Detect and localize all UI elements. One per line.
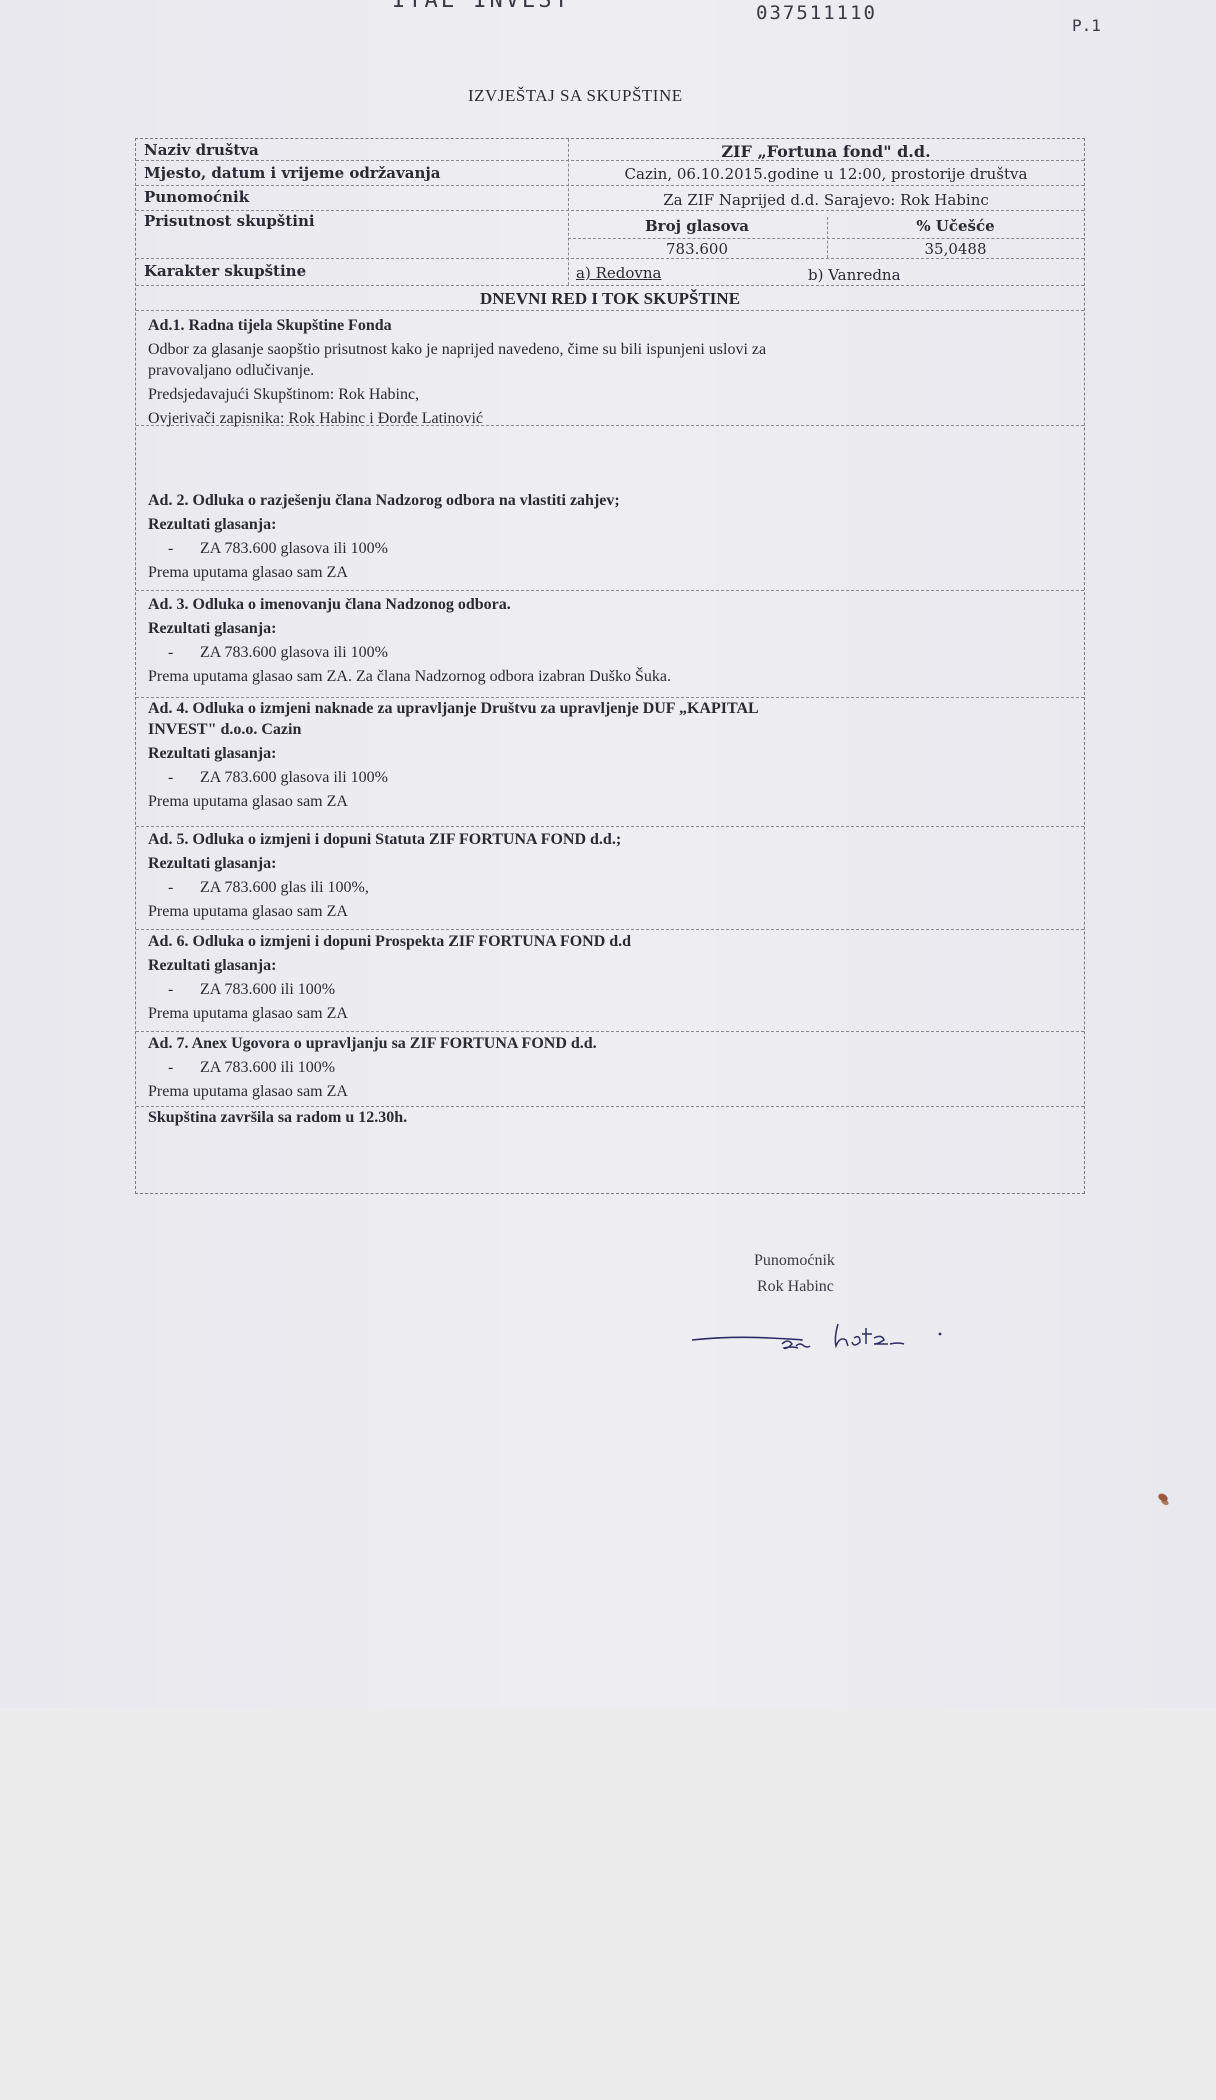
row-attendance: Prisutnost skupštini Broj glasova % Učeš… — [136, 211, 1084, 259]
paper-stain — [1157, 1492, 1169, 1503]
agenda-item-3: Ad. 3. Odluka o imenovanju člana Nadzono… — [136, 590, 1084, 698]
agenda-item-title: Ad.1. Radna tijela Skupštine Fonda — [136, 315, 1084, 336]
bullet-icon: - — [168, 1057, 200, 1078]
results-label: Rezultati glasanja: — [136, 743, 1084, 764]
attendance-column-divider — [827, 217, 828, 258]
place-value: Cazin, 06.10.2015.godine u 12:00, prosto… — [568, 165, 1084, 183]
agenda-item-title: Ad. 2. Odluka o razješenju člana Nadzoro… — [136, 490, 1084, 511]
agenda-item-text: Ovjerivači zapisnika: Rok Habinc i Đorđe… — [136, 408, 1084, 429]
results-label: Rezultati glasanja: — [136, 514, 1084, 535]
attendance-subdivider — [568, 238, 1084, 239]
bullet-icon: - — [168, 538, 200, 559]
agenda-item-text: Odbor za glasanje saopštio prisutnost ka… — [136, 339, 1084, 360]
closing-text: Skupština završila sa radom u 12.30h. — [136, 1107, 1084, 1128]
closing-section: Skupština završila sa radom u 12.30h. — [136, 1104, 1084, 1196]
bullet-icon: - — [168, 767, 200, 788]
agenda-item-title: Ad. 7. Anex Ugovora o upravljanju sa ZIF… — [136, 1033, 1084, 1054]
row-assembly-type: Karakter skupštine a) Redovna b) Vanredn… — [136, 259, 1084, 286]
vote-note: Prema uputama glasao sam ZA — [136, 562, 1084, 583]
assembly-type-option-b: b) Vanredna — [808, 266, 901, 284]
agenda-item-title: Ad. 3. Odluka o imenovanju člana Nadzono… — [136, 594, 1084, 615]
results-label: Rezultati glasanja: — [136, 618, 1084, 639]
votes-value: 783.600 — [568, 240, 826, 258]
assembly-type-option-a: a) Redovna — [576, 264, 661, 282]
handwritten-signature-icon — [690, 1318, 950, 1358]
bullet-icon: - — [168, 979, 200, 1000]
results-label: Rezultati glasanja: — [136, 955, 1084, 976]
agenda-heading-row: DNEVNI RED I TOK SKUPŠTINE — [136, 286, 1084, 311]
scanned-page: ITAL INVEST 037511110 P.1 IZVJEŠTAJ SA S… — [0, 0, 1216, 1708]
row-proxy: Punomoćnik Za ZIF Naprijed d.d. Sarajevo… — [136, 186, 1084, 211]
row-company: Naziv društva ZIF „Fortuna fond" d.d. — [136, 139, 1084, 161]
bullet-icon: - — [168, 877, 200, 898]
agenda-item-4: Ad. 4. Odluka o izmjeni naknade za uprav… — [136, 695, 1084, 827]
results-label: Rezultati glasanja: — [136, 853, 1084, 874]
vote-result: -ZA 783.600 ili 100% — [136, 979, 1084, 1000]
signature-name: Rok Habinc — [757, 1278, 834, 1296]
share-header: % Učešće — [827, 217, 1084, 235]
vote-result: -ZA 783.600 glasova ili 100% — [136, 642, 1084, 663]
vote-note: Prema uputama glasao sam ZA. Za člana Na… — [136, 666, 1084, 687]
attendance-label: Prisutnost skupštini — [144, 212, 315, 230]
vote-result: -ZA 783.600 glas ili 100%, — [136, 877, 1084, 898]
fax-sender-fragment: ITAL INVEST — [392, 0, 571, 13]
vote-note: Prema uputama glasao sam ZA — [136, 1081, 1084, 1102]
agenda-item-5: Ad. 5. Odluka o izmjeni i dopuni Statuta… — [136, 825, 1084, 930]
vote-note: Prema uputama glasao sam ZA — [136, 901, 1084, 922]
agenda-item-6: Ad. 6. Odluka o izmjeni i dopuni Prospek… — [136, 927, 1084, 1032]
document-title: IZVJEŠTAJ SA SKUPŠTINE — [468, 86, 683, 106]
agenda-item-2: Ad. 2. Odluka o razješenju člana Nadzoro… — [136, 488, 1084, 591]
proxy-label: Punomoćnik — [144, 188, 249, 206]
vote-note: Prema uputama glasao sam ZA — [136, 1003, 1084, 1024]
proxy-value: Za ZIF Naprijed d.d. Sarajevo: Rok Habin… — [568, 191, 1084, 209]
agenda-item-title: Ad. 4. Odluka o izmjeni naknade za uprav… — [136, 698, 1084, 719]
votes-header: Broj glasova — [568, 217, 826, 235]
agenda-item-text: Predsjedavajući Skupštinom: Rok Habinc, — [136, 384, 1084, 405]
share-value: 35,0488 — [827, 240, 1084, 258]
info-column-divider — [568, 139, 569, 285]
company-value: ZIF „Fortuna fond" d.d. — [568, 142, 1084, 161]
company-label: Naziv društva — [144, 141, 259, 159]
page-number: P.1 — [1072, 16, 1101, 35]
bullet-icon: - — [168, 642, 200, 663]
row-place: Mjesto, datum i vrijeme održavanja Cazin… — [136, 161, 1084, 186]
agenda-item-title: Ad. 6. Odluka o izmjeni i dopuni Prospek… — [136, 931, 1084, 952]
agenda-item-7: Ad. 7. Anex Ugovora o upravljanju sa ZIF… — [136, 1029, 1084, 1107]
fax-number: 037511110 — [756, 2, 877, 24]
vote-note: Prema uputama glasao sam ZA — [136, 791, 1084, 812]
agenda-heading: DNEVNI RED I TOK SKUPŠTINE — [136, 289, 1084, 309]
vote-result: -ZA 783.600 ili 100% — [136, 1057, 1084, 1078]
vote-result: -ZA 783.600 glasova ili 100% — [136, 538, 1084, 559]
agenda-item-title-cont: INVEST" d.o.o. Cazin — [136, 719, 1084, 740]
report-table: Naziv društva ZIF „Fortuna fond" d.d. Mj… — [135, 138, 1085, 1194]
agenda-item-title: Ad. 5. Odluka o izmjeni i dopuni Statuta… — [136, 829, 1084, 850]
agenda-item-1: Ad.1. Radna tijela Skupštine Fonda Odbor… — [136, 312, 1084, 426]
place-label: Mjesto, datum i vrijeme održavanja — [144, 164, 441, 182]
signature-role: Punomoćnik — [754, 1252, 835, 1270]
assembly-type-label: Karakter skupštine — [144, 262, 306, 280]
agenda-item-text: pravovaljano odlučivanje. — [136, 360, 1084, 381]
vote-result: -ZA 783.600 glasova ili 100% — [136, 767, 1084, 788]
